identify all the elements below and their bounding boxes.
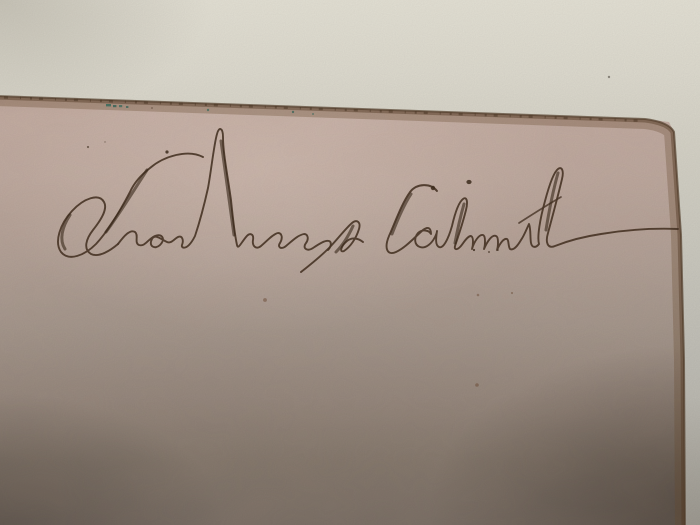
photo: Freiherr v Salmuth bbox=[0, 0, 700, 525]
